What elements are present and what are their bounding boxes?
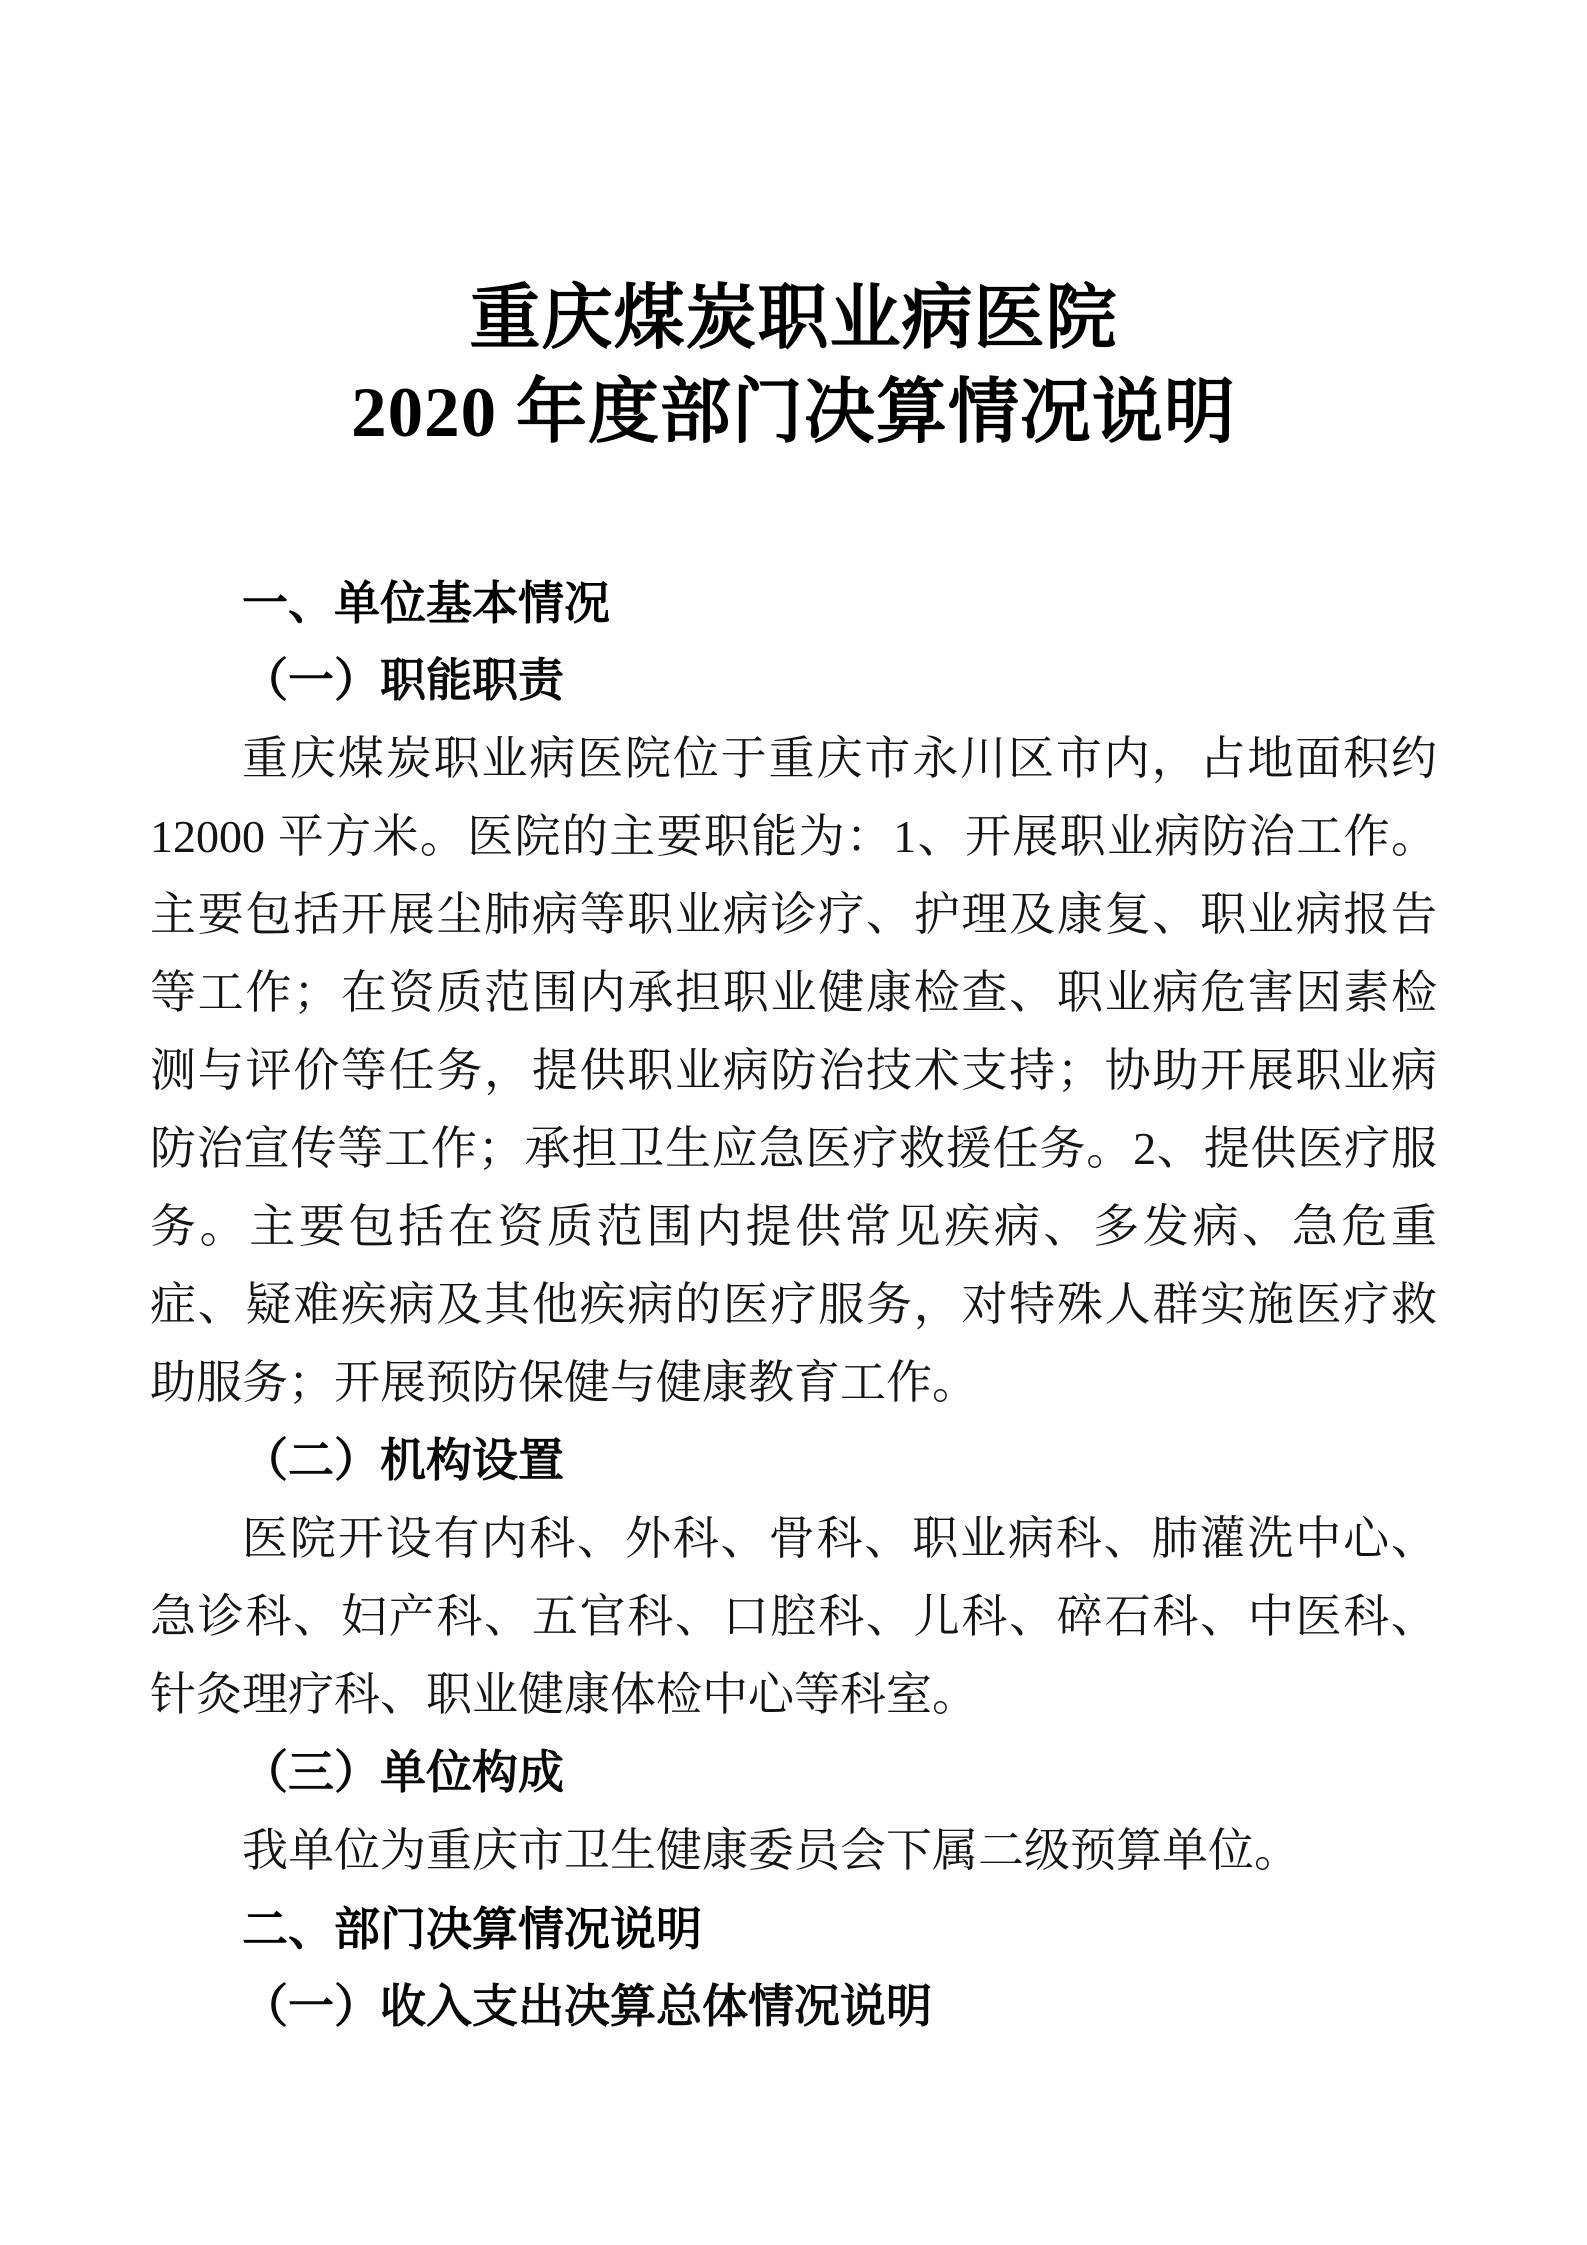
sub-heading-functions-duties: （一）职能职责 [150, 642, 1437, 720]
document-body: 一、单位基本情况 （一）职能职责 重庆煤炭职业病医院位于重庆市永川区市内，占地面… [150, 564, 1437, 2046]
section-heading-final-accounts: 二、部门决算情况说明 [150, 1890, 1437, 1968]
paragraph-unit-composition: 我单位为重庆市卫生健康委员会下属二级预算单位。 [150, 1812, 1437, 1890]
sub-heading-organization-setup: （二）机构设置 [150, 1422, 1437, 1500]
document-title-line-1: 重庆煤炭职业病医院 [150, 272, 1437, 366]
paragraph-functions-duties: 重庆煤炭职业病医院位于重庆市永川区市内，占地面积约 12000 平方米。医院的主… [150, 720, 1437, 1422]
sub-heading-unit-composition: （三）单位构成 [150, 1734, 1437, 1812]
section-heading-unit-basic-info: 一、单位基本情况 [150, 564, 1437, 642]
document-title-line-2: 2020 年度部门决算情况说明 [150, 366, 1437, 460]
sub-heading-income-expenditure-overview: （一）收入支出决算总体情况说明 [150, 1968, 1437, 2046]
paragraph-organization-setup: 医院开设有内科、外科、骨科、职业病科、肺灌洗中心、急诊科、妇产科、五官科、口腔科… [150, 1500, 1437, 1734]
document-title: 重庆煤炭职业病医院 2020 年度部门决算情况说明 [150, 272, 1437, 460]
document-page: 重庆煤炭职业病医院 2020 年度部门决算情况说明 一、单位基本情况 （一）职能… [0, 0, 1587, 2245]
